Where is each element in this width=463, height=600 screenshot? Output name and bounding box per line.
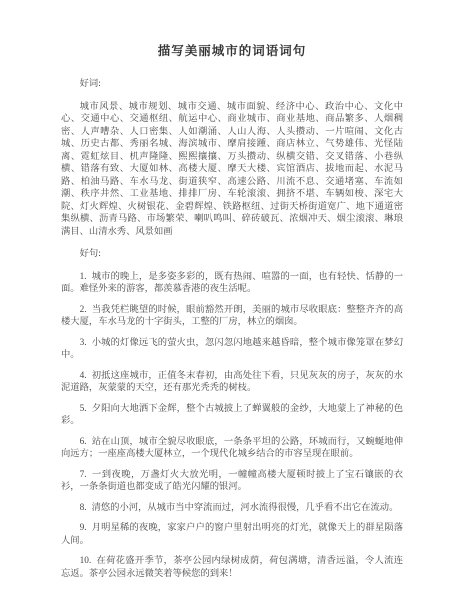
sentence-item-8: 8.清悠的小河，从城市当中穿流而过，河水流得很慢，几乎看不出它在流动。 [61, 502, 403, 515]
good-sentences-label: 好句: [61, 248, 403, 261]
sentence-number: 5. [80, 404, 87, 414]
document-page: 描写美丽城市的词语词句 好词: 城市风景、城市规划、城市交通、城市面貌、经济中心… [0, 0, 463, 600]
sentence-text: 一到夜晚，万盏灯火大放光明，一幢幢高楼大厦顿时披上了宝石镶嵌的衣衫，一条条街道也… [61, 470, 403, 493]
sentence-text: 城市的晚上，是多姿多彩的，既有热闹、喧嚣的一面，也有轻快、恬静的一面。难怪外来的… [61, 272, 403, 295]
sentence-text: 小城的灯像远飞的萤火虫，忽闪忽闪地越来越昏暗，整个城市像笼罩在梦幻中。 [61, 338, 403, 361]
sentence-number: 2. [80, 305, 87, 315]
sentence-item-3: 3.小城的灯像远飞的萤火虫，忽闪忽闪地越来越昏暗，整个城市像笼罩在梦幻中。 [61, 337, 403, 362]
sentence-number: 7. [80, 470, 87, 480]
sentence-text: 月明星稀的夜晚，家家户户的窗户里射出明亮的灯光，就像天上的群星陨落人间。 [61, 523, 403, 546]
sentence-text: 当我凭栏眺望的时候，眼前豁然开朗，美丽的城市尽收眼底：整整齐齐的高楼大厦，车水马… [61, 305, 403, 328]
sentence-number: 10. [80, 556, 92, 566]
sentence-item-10: 10.在荷花盛开季节，茶亭公园内绿树成荫，荷包满塘，清香远溢，令人流连忘返。茶亭… [61, 555, 403, 580]
good-words-paragraph: 城市风景、城市规划、城市交通、城市面貌、经济中心、政治中心、文化中心、交通中心、… [61, 101, 403, 239]
sentence-text: 站在山顶，城市全貌尽收眼底，一条条平坦的公路，环城而行，又蜿蜒地伸向远方；一座座… [61, 437, 403, 460]
sentence-number: 4. [80, 371, 87, 381]
sentence-number: 3. [80, 338, 87, 348]
sentence-number: 8. [80, 503, 87, 513]
sentence-text: 初抵这座城市，正值冬末春初，由高处往下看，只见灰灰的房子，灰灰的水泥道路，灰蒙蒙… [61, 371, 403, 394]
sentence-item-9: 9.月明星稀的夜晚，家家户户的窗户里射出明亮的灯光，就像天上的群星陨落人间。 [61, 522, 403, 547]
sentence-item-6: 6.站在山顶，城市全貌尽收眼底，一条条平坦的公路，环城而行，又蜿蜒地伸向远方；一… [61, 436, 403, 461]
sentence-item-7: 7.一到夜晚，万盏灯火大放光明，一幢幢高楼大厦顿时披上了宝石镶嵌的衣衫，一条条街… [61, 469, 403, 494]
sentence-item-5: 5.夕阳向大地洒下金辉，整个古城披上了蝉翼般的金纱，大地蒙上了神秘的色彩。 [61, 403, 403, 428]
sentence-number: 9. [80, 523, 87, 533]
document-title: 描写美丽城市的词语词句 [61, 44, 403, 59]
sentence-item-1: 1.城市的晚上，是多姿多彩的，既有热闹、喧嚣的一面，也有轻快、恬静的一面。难怪外… [61, 271, 403, 296]
sentence-number: 6. [80, 437, 87, 447]
sentence-item-4: 4.初抵这座城市，正值冬末春初，由高处往下看，只见灰灰的房子，灰灰的水泥道路，灰… [61, 370, 403, 395]
sentence-item-2: 2.当我凭栏眺望的时候，眼前豁然开朗，美丽的城市尽收眼底：整整齐齐的高楼大厦，车… [61, 304, 403, 329]
good-words-label: 好词: [61, 78, 403, 91]
sentence-text: 清悠的小河，从城市当中穿流而过，河水流得很慢，几乎看不出它在流动。 [92, 503, 399, 513]
sentence-text: 夕阳向大地洒下金辉，整个古城披上了蝉翼般的金纱，大地蒙上了神秘的色彩。 [61, 404, 403, 427]
sentence-number: 1. [80, 272, 87, 282]
sentence-text: 在荷花盛开季节，茶亭公园内绿树成荫，荷包满塘，清香远溢，令人流连忘返。茶亭公园永… [61, 556, 403, 579]
